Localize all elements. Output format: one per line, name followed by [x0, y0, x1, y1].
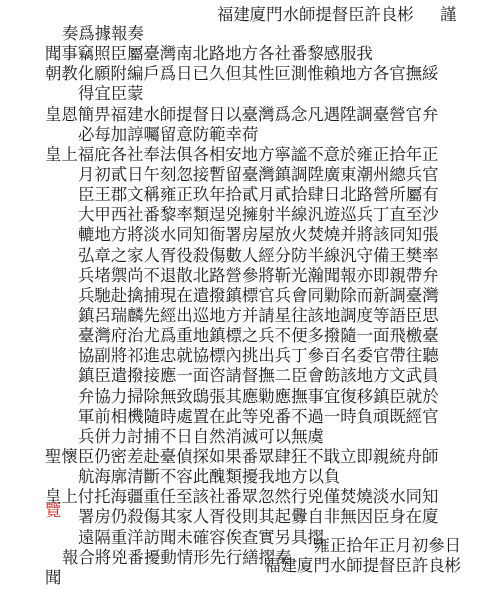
memorial-line: 聞事竊照臣屬臺灣南北路地方各社番黎感服我 [0, 44, 501, 64]
memorial-line: 臺灣府治尤爲重地鎮標之兵不便多撥隨一面飛檄臺 [0, 326, 501, 346]
memorial-line: 皇上付托海疆重任至該社番眾忽然行兇僅焚燒淡水同知 [0, 487, 501, 507]
memorial-line: 奏爲據報奏 [0, 24, 501, 44]
memorial-line: 聖懷臣仍密差赴臺偵探如果番眾肆狂不戢立即親統舟師 [0, 447, 501, 467]
closing-date: 雍正拾年正月初參日 [313, 536, 461, 556]
memorial-line: 鎮臣遣撥接應一面咨請督撫二臣會飭該地方文武員 [0, 366, 501, 386]
memorial-line: 大甲西社番黎率類逞兇擁射半線汎遊巡兵丁直至沙 [0, 205, 501, 225]
memorial-line: 署房仍殺傷其家人胥役則其起釁自非無因臣身在廈 [0, 507, 501, 527]
closing-signature: 福建廈門水師提督臣許良彬 [264, 556, 461, 576]
memorial-line: 轆地方將淡水同知衙署房屋放火焚燒并將該同知張 [0, 225, 501, 245]
memorial-line: 臣王郡文稱雍正玖年拾貳月貳拾肆日北路營所屬有 [0, 185, 501, 205]
memorial-line: 兵馳赴擒捕現在遣撥鎮標官兵會同勦除而新調臺灣 [0, 286, 501, 306]
memorial-line: 航海廓清斷不容此醜類擾我地方以負 [0, 467, 501, 487]
memorial-line: 朝教化願附編戶爲日已久但其性叵測惟賴地方各官撫綏 [0, 64, 501, 84]
memorial-body: 奏爲據報奏聞事竊照臣屬臺灣南北路地方各社番黎感服我朝教化願附編戶爲日已久但其性叵… [0, 24, 501, 588]
memorial-line: 兵併力討捕不日自然消滅可以無虞 [0, 427, 501, 447]
imperial-rescript: 覽 [45, 501, 61, 521]
memorial-line: 弘章之家人胥役殺傷數人經分防半線汎守備王樊率 [0, 246, 501, 266]
respectfully-mark: 謹 [440, 5, 456, 25]
memorial-line: 鎮呂瑞麟先經出巡地方并請星往該地調度等語臣思 [0, 306, 501, 326]
memorial-line: 兵堵禦尚不退散北路營參將靳光瀚聞報亦即親帶弁 [0, 266, 501, 286]
memorial-line: 月初貳日午刻忽接暫留臺灣鎮調陞廣東潮州總兵官 [0, 165, 501, 185]
memorial-line: 皇上福庇各社奉法俱各相安地方寧謐不意於雍正拾年正 [0, 145, 501, 165]
memorial-line: 皇恩簡畀福建水師提督日以臺灣爲念凡遇陞調臺營官弁 [0, 105, 501, 125]
memorial-line: 必每加諄囑留意防範幸荷 [0, 125, 501, 145]
memorial-line: 協副將祁進忠就協標內挑出兵丁參百名委官帶往聽 [0, 346, 501, 366]
memorial-line: 弁協力掃除無致鴟張其應勦應撫事宜復移鎮臣就於 [0, 387, 501, 407]
memorial-line: 軍前相機隨時處置在此等兇番不過一時負頑既經官 [0, 407, 501, 427]
memorial-line: 得宜臣蒙 [0, 84, 501, 104]
official-title: 福建廈門水師提督臣許良彬 [217, 5, 414, 25]
